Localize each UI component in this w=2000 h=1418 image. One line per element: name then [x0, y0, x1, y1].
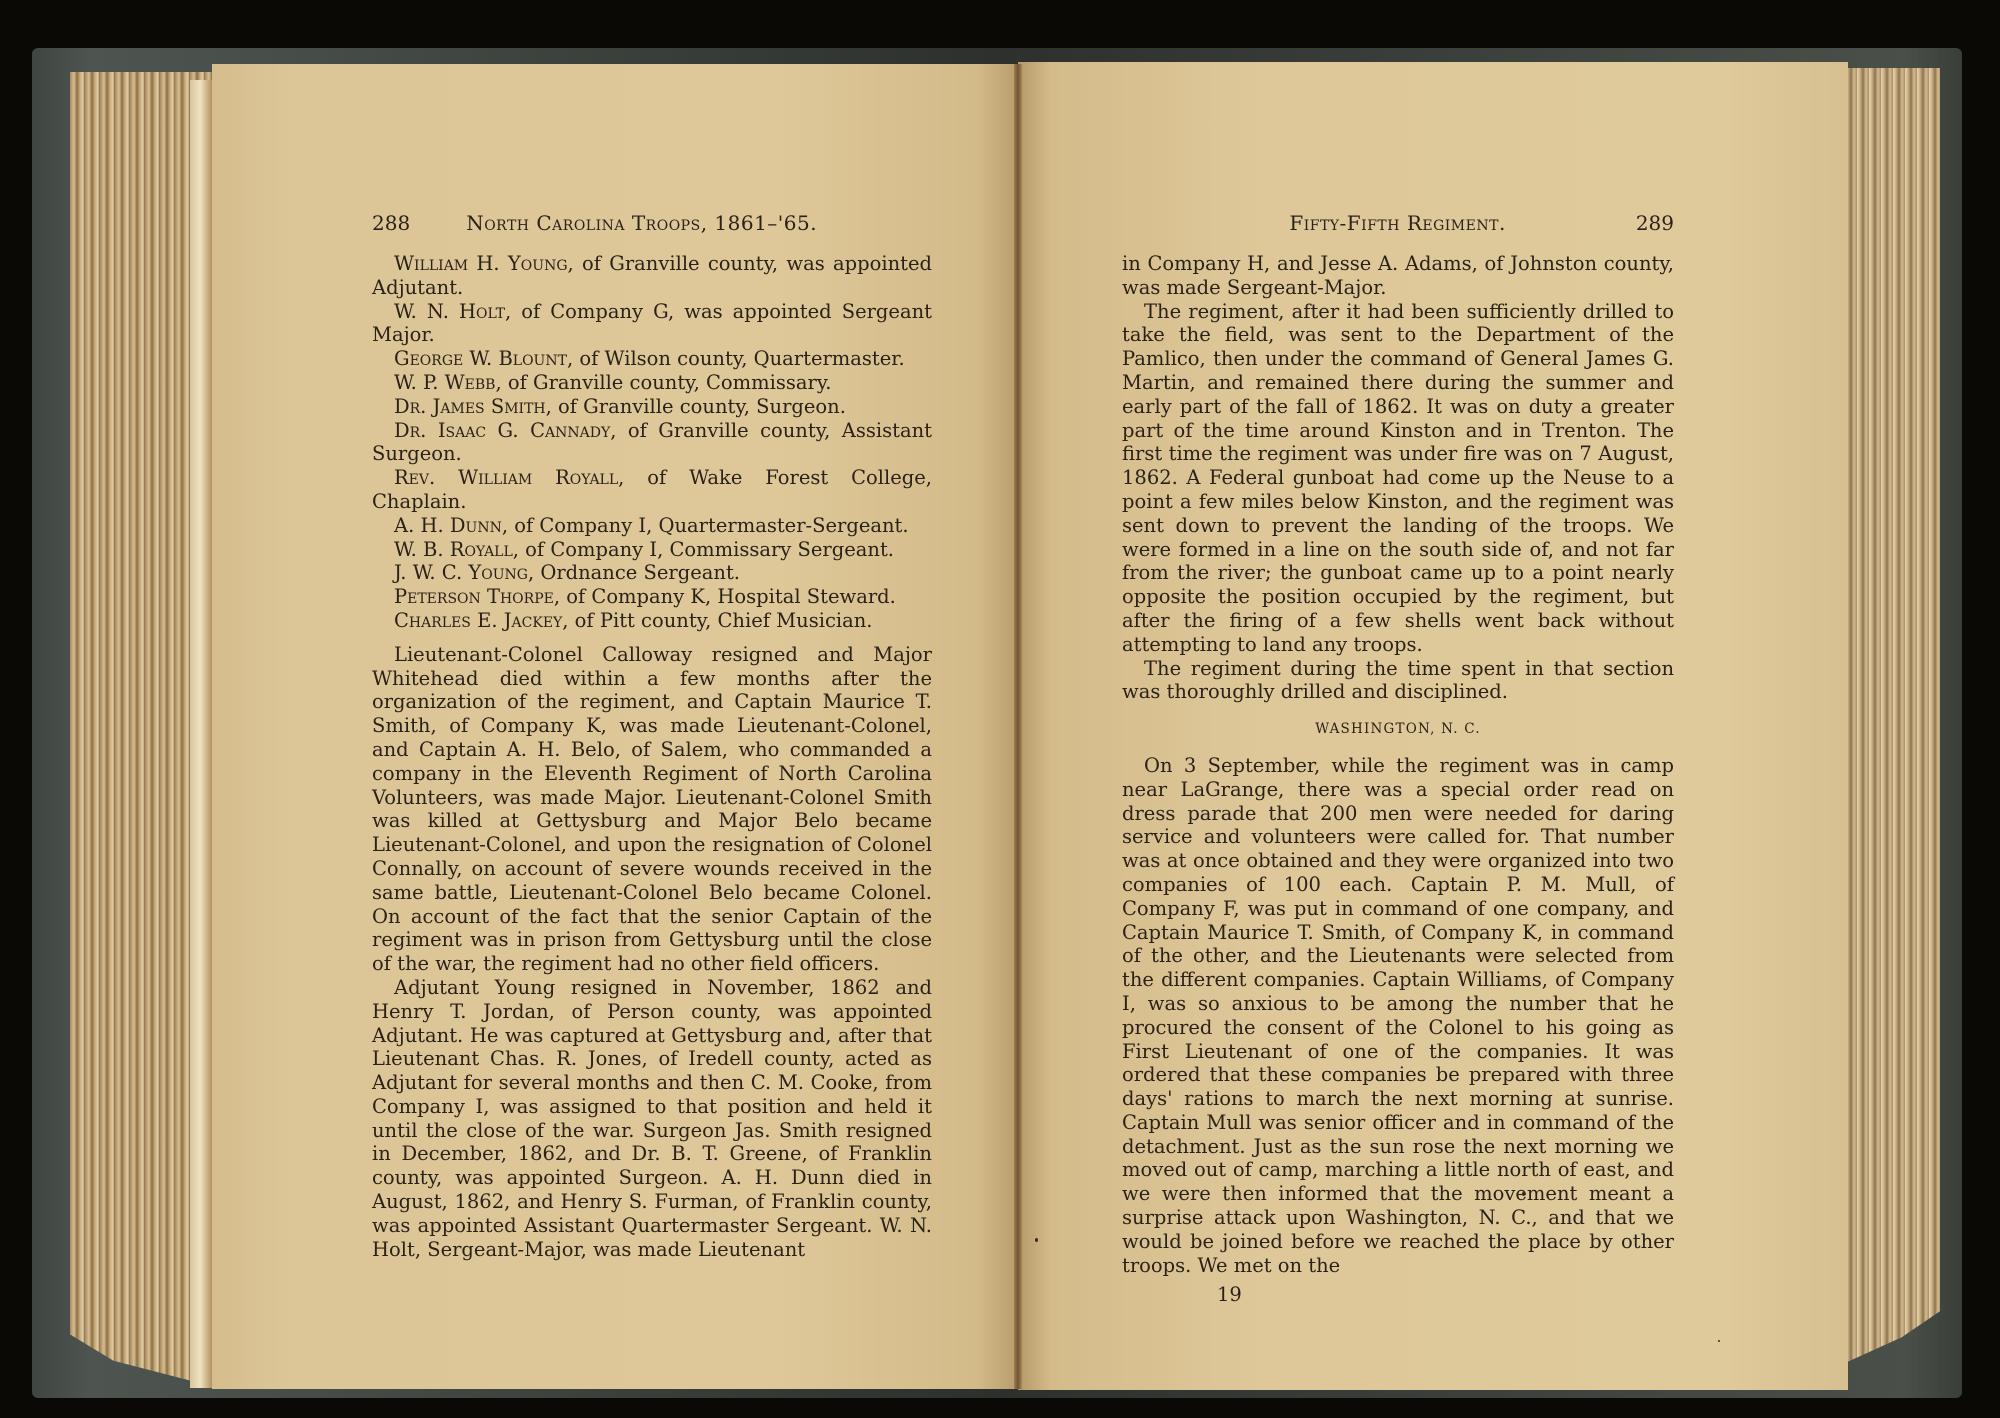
- officer-name: W. P. Webb: [394, 371, 495, 394]
- body-paragraph: The regiment during the time spent in th…: [1122, 657, 1674, 705]
- officer-name: William H. Young: [394, 252, 568, 275]
- officer-detail: , of Wilson county, Quartermaster.: [567, 347, 905, 370]
- officer-detail: , of Company I, Commissary Sergeant.: [513, 538, 894, 561]
- officer-name: W. B. Royall: [394, 538, 513, 561]
- officer-name: W. N. Holt: [394, 300, 505, 323]
- signature-mark: 19: [1122, 1283, 1674, 1307]
- officer-name: Dr. Isaac G. Cannady: [394, 419, 610, 442]
- roster-entry: Dr. Isaac G. Cannady, of Granville count…: [372, 419, 932, 467]
- roster-entry: W. P. Webb, of Granville county, Commiss…: [372, 371, 932, 395]
- running-head-title: Fifty-Fifth Regiment.: [1289, 212, 1505, 236]
- officer-name: Dr. James Smith: [394, 395, 546, 418]
- body-paragraph: Lieutenant-Colonel Calloway resigned and…: [372, 643, 932, 976]
- officer-detail: , of Granville county, Commissary.: [495, 371, 831, 394]
- officer-detail: , Ordnance Sergeant.: [528, 561, 740, 584]
- roster-entry: W. N. Holt, of Company G, was appointed …: [372, 300, 932, 348]
- left-running-head: 288 North Carolina Troops, 1861–'65.: [372, 212, 932, 238]
- body-paragraph: The regiment, after it had been sufficie…: [1122, 300, 1674, 657]
- officer-name: A. H. Dunn: [394, 514, 502, 537]
- roster-entry: A. H. Dunn, of Company I, Quartermaster-…: [372, 514, 932, 538]
- paper-speck: [1522, 1192, 1525, 1196]
- officer-detail: , of Granville county, Surgeon.: [546, 395, 846, 418]
- body-paragraph: in Company H, and Jesse A. Adams, of Joh…: [1122, 252, 1674, 300]
- section-heading: WASHINGTON, N. C.: [1122, 718, 1674, 742]
- body-paragraph: On 3 September, while the regiment was i…: [1122, 754, 1674, 1278]
- roster-entry: W. B. Royall, of Company I, Commissary S…: [372, 538, 932, 562]
- page-number: 289: [1636, 212, 1674, 236]
- left-page-text: 288 North Carolina Troops, 1861–'65. Wil…: [372, 212, 932, 1261]
- roster-entry: Dr. James Smith, of Granville county, Su…: [372, 395, 932, 419]
- officer-name: Rev. William Royall: [394, 466, 618, 489]
- officer-name: J. W. C. Young: [394, 561, 528, 584]
- officer-detail: , of Company I, Quartermaster-Sergeant.: [502, 514, 909, 537]
- roster-entry: Peterson Thorpe, of Company K, Hospital …: [372, 585, 932, 609]
- officer-roster: William H. Young, of Granville county, w…: [372, 252, 932, 633]
- roster-entry: William H. Young, of Granville county, w…: [372, 252, 932, 300]
- roster-entry: Charles E. Jackey, of Pitt county, Chief…: [372, 609, 932, 633]
- roster-entry: George W. Blount, of Wilson county, Quar…: [372, 347, 932, 371]
- paper-speck: [1035, 1238, 1038, 1242]
- right-page-edges: [1845, 68, 1940, 1363]
- page-number: 288: [372, 212, 410, 236]
- roster-entry: J. W. C. Young, Ordnance Sergeant.: [372, 561, 932, 585]
- officer-detail: , of Company K, Hospital Steward.: [554, 585, 896, 608]
- roster-entry: Rev. William Royall, of Wake Forest Coll…: [372, 466, 932, 514]
- right-running-head: Fifty-Fifth Regiment. 289: [1122, 212, 1674, 238]
- running-head-title: North Carolina Troops, 1861–'65.: [466, 212, 817, 236]
- officer-name: Charles E. Jackey: [394, 609, 562, 632]
- body-paragraph: Adjutant Young resigned in November, 186…: [372, 976, 932, 1262]
- paper-speck: [1718, 1340, 1720, 1342]
- officer-name: George W. Blount: [394, 347, 567, 370]
- officer-detail: , of Pitt county, Chief Musician.: [562, 609, 872, 632]
- book-gutter: [1014, 64, 1022, 1389]
- officer-name: Peterson Thorpe: [394, 585, 554, 608]
- right-page-text: Fifty-Fifth Regiment. 289 in Company H, …: [1122, 212, 1674, 1307]
